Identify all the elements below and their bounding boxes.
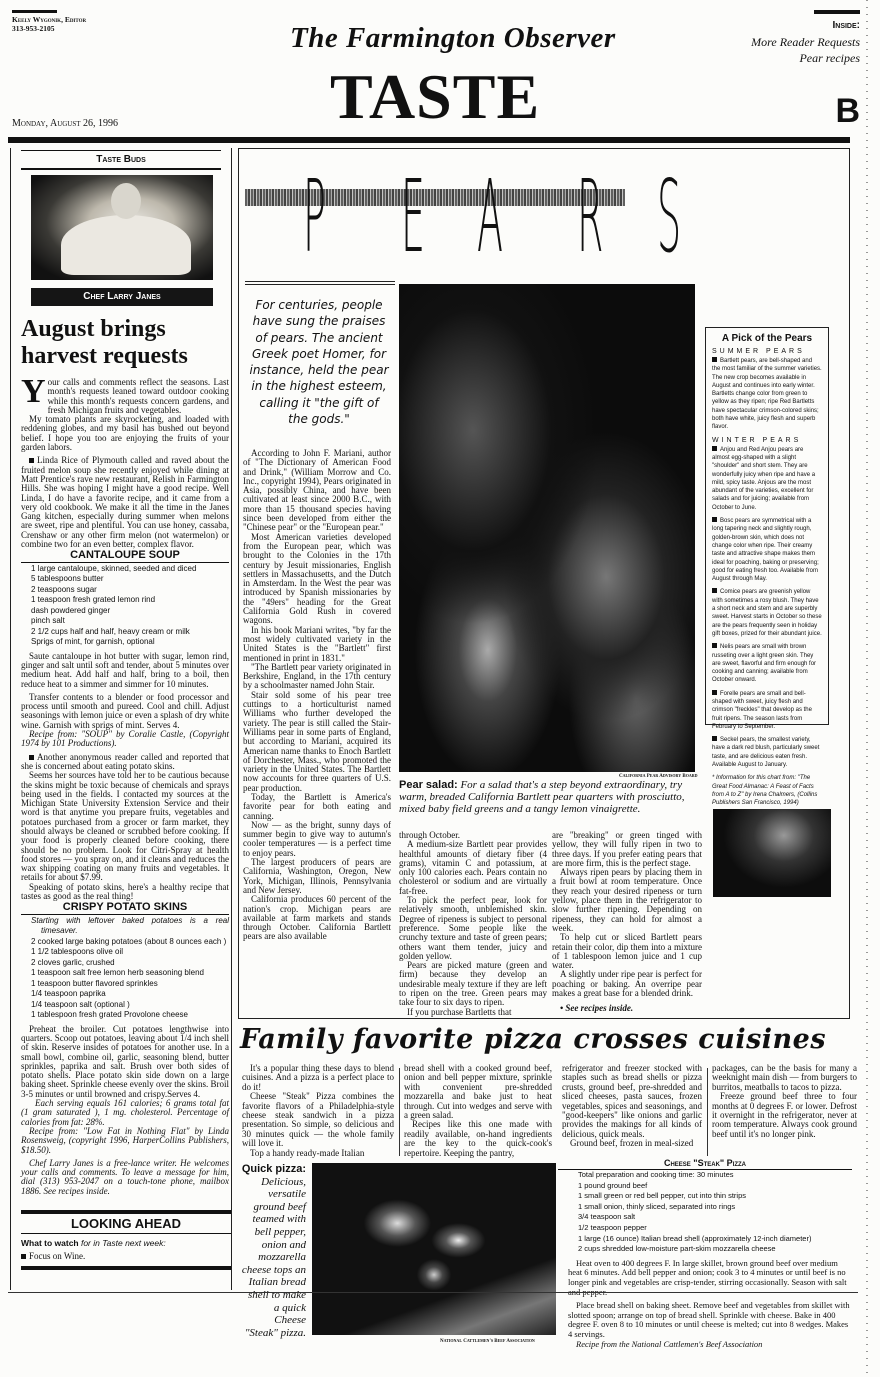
recipe-title: CANTALOUPE SOUP [21,551,229,562]
title-letter: R [577,167,603,267]
paragraph: According to John F. Mariani, author of … [243,449,391,533]
ingredient: Total preparation and cooking time: 30 m… [568,1170,852,1181]
ingredient: 2 1/2 cups half and half, heavy cream or… [21,627,229,638]
editor-bar [12,10,57,13]
paragraph: Top a handy ready-made Italian [242,1149,394,1158]
pizza-column-4: packages, can be the basis for many a we… [712,1064,857,1139]
paragraph: refrigerator and freezer stocked with st… [562,1064,702,1139]
pear-entry-text: Comice pears are greenish yellow with so… [712,589,822,636]
pear-salad-photo [399,284,695,772]
pizza-headline: Family favorite pizza crosses cuisines [240,1024,826,1055]
masthead-rule [8,137,850,143]
bullet-square-icon [29,458,34,463]
paragraph: A medium-size Bartlett pear provides hea… [399,840,547,896]
pear-entry: Forelle pears are small and bell-shaped … [712,690,822,731]
ingredient: 2 cloves garlic, crushed [21,958,229,969]
ingredient: 5 tablespoons butter [21,574,229,585]
drop-cap: Y [21,378,46,406]
ingredient: Sprigs of mint, for garnish, optional [21,637,229,648]
recipe-directions: Preheat the broiler. Cut potatoes length… [21,1025,229,1099]
pears-column-2: through October. A medium-size Bartlett … [399,831,547,1017]
paragraph: To pick the perfect pear, look for relat… [399,896,547,961]
column-divider [399,1068,400,1156]
bullet-square-icon [21,1254,26,1259]
looking-ahead-intro: What to watch for in Taste next week: [21,1238,231,1248]
paragraph: Cheese "Steak" Pizza combines the favori… [242,1092,394,1148]
pizza-column-3: refrigerator and freezer stocked with st… [562,1064,702,1149]
chart-source: * Information for this chart from: "The … [712,774,822,807]
bullet-square-icon [712,690,717,695]
nutrition-info: Each serving equals 161 calories; 6 gram… [21,1099,229,1127]
looking-ahead-box: LOOKING AHEAD What to watch for in Taste… [21,1210,231,1270]
paragraph: Pears are picked mature (green and firm)… [399,961,547,1007]
paragraph: To help cut or sliced Bartlett pears ret… [552,933,702,970]
article-headline: August brings harvest requests [21,316,231,370]
editor-name: Keely Wygonik, Editor [12,15,86,24]
ingredient: 1 small onion, thinly sliced, separated … [568,1202,852,1213]
bullet-square-icon [712,588,717,593]
looking-ahead-item: Focus on Wine. [21,1251,231,1261]
pick-of-pears-box: A Pick of the Pears SUMMER PEARS Bartlet… [705,327,829,725]
article-body: Your calls and comments reflect the seas… [21,378,229,1196]
paragraph: packages, can be the basis for many a we… [712,1064,857,1092]
bullet-square-icon [29,755,34,760]
pear-entry: Nelis pears are small with brown russeti… [712,643,822,684]
title-letter: E [401,167,425,267]
paragraph: My tomato plants are skyrocketing, and l… [21,415,229,452]
dateline: Monday, August 26, 1996 [12,118,118,129]
paragraph: In his book Mariani writes, "by far the … [243,626,391,663]
pear-entry: Anjou and Red Anjou pears are almost egg… [712,446,822,512]
chef-photo-figure [61,215,191,275]
pick-title: A Pick of the Pears [712,333,822,344]
cheese-steak-recipe: Cheese "Steak" Pizza Total preparation a… [568,1158,852,1349]
page-bottom-rule [8,1292,858,1293]
pear-entry-text: Bosc pears are symmetrical with a long t… [712,518,819,582]
ingredient: dash powdered ginger [21,606,229,617]
photo-caption: Pear salad: For a salad that's a step be… [399,779,704,815]
ingredient: 1 large (16 ounce) Italian bread shell (… [568,1234,852,1245]
inside-bar [814,10,860,14]
inside-teaser: Inside: More Reader Requests Pear recipe… [751,10,860,66]
ingredient: 2 teaspoons sugar [21,585,229,596]
pear-entry-text: Seckel pears, the smallest variety, have… [712,737,819,768]
section-title: TASTE [330,62,540,132]
ingredient: 1 teaspoon fresh grated lemon rind [21,595,229,606]
caption-text: Delicious, versatile ground beef teamed … [242,1176,306,1339]
paragraph: If you purchase Bartletts that [399,1008,547,1017]
winter-label: WINTER PEARS [712,437,822,444]
editor-credit: Keely Wygonik, Editor 313-953-2105 [12,10,86,33]
bullet-square-icon [712,357,717,362]
pizza-column-1: It's a popular thing these days to blend… [242,1064,394,1158]
paragraph: A slightly under ripe pear is perfect fo… [552,970,702,998]
pizza-column-2: bread shell with a cooked ground beef, o… [404,1064,552,1158]
title-letter: S [657,167,681,267]
pear-entry-text: Forelle pears are small and bell-shaped … [712,691,812,730]
paragraph: Stair sold some of his pear tree cutting… [243,691,391,793]
title-letter: P [303,167,326,267]
recipe-step: Place bread shell on baking sheet. Remov… [568,1301,852,1339]
pizza-photo-caption: Quick pizza: Delicious, versatile ground… [240,1163,306,1339]
ingredient: 2 cooked large baking potatoes (about 8 … [21,937,229,948]
bullet-square-icon [712,736,717,741]
pears-feature: P E A R S For centuries, people have sun… [238,148,850,1019]
pear-entry: Bartlett pears, are bell-shaped and the … [712,357,822,432]
recipe-step: Transfer contents to a blender or food p… [21,693,229,730]
photo-credit: National Cattlemen's Beef Association [440,1338,535,1344]
pizza-photo [312,1163,556,1335]
ingredient: 1/4 teaspoon paprika [21,989,229,1000]
inside-item: Pear recipes [751,50,860,66]
ingredient: 1 tablespoon fresh grated Provolone chee… [21,1010,229,1021]
paragraph: Ground beef, frozen in meal-sized [562,1139,702,1148]
column-divider [707,1068,708,1156]
ingredient: 2 cups shredded low-moisture part-skim m… [568,1244,852,1255]
editor-phone: 313-953-2105 [12,24,86,33]
pear-entry: Comice pears are greenish yellow with so… [712,588,822,638]
inside-label: Inside: [751,18,860,34]
paragraph: Speaking of potato skins, here's a healt… [21,883,229,902]
watch-label: What to watch [21,1238,79,1248]
paragraph: bread shell with a cooked ground beef, o… [404,1064,552,1120]
pears-column-3: are "breaking" or green tinged with yell… [552,831,702,1014]
recipe-source: Recipe from: "Low Fat in Nothing Flat" b… [21,1127,229,1155]
paragraph: Another anonymous reader called and repo… [21,752,229,771]
pear-entry-text: Bartlett pears, are bell-shaped and the … [712,358,822,430]
summer-label: SUMMER PEARS [712,348,822,355]
ingredient: 1 pound ground beef [568,1181,852,1192]
watch-rest: for in Taste next week: [79,1238,166,1248]
scan-edge-dots [866,0,868,1377]
paragraph: Today, the Bartlett is America's favorit… [243,793,391,821]
ingredient: 1 small green or red bell pepper, cut in… [568,1191,852,1202]
pear-photo-small [713,809,831,897]
pear-entry: Seckel pears, the smallest variety, have… [712,736,822,769]
author-bio: Chef Larry Janes is a free-lance writer.… [21,1159,229,1196]
ingredient: 1 1/2 tablespoons olive oil [21,947,229,958]
paragraph: The largest producers of pears are Calif… [243,858,391,895]
pear-entry-text: Anjou and Red Anjou pears are almost egg… [712,447,815,511]
paragraph: "The Bartlett pear variety originated in… [243,663,391,691]
ingredient: 1 teaspoon butter flavored sprinkles [21,979,229,990]
paragraph: our calls and comments reflect the seaso… [48,377,229,415]
paragraph: Now — as the bright, sunny days of summe… [243,821,391,858]
chef-photo [31,175,213,280]
recipe-title: CRISPY POTATO SKINS [21,903,229,914]
paragraph: Always ripen pears by placing them in a … [552,868,702,933]
see-recipes-link: • See recipes inside. [552,1004,702,1013]
newspaper-name: The Farmington Observer [290,22,616,55]
looking-ahead-title: LOOKING AHEAD [21,1214,231,1234]
pears-title: P E A R S [239,159,851,271]
ingredient: 1 large cantaloupe, skinned, seeded and … [21,564,229,575]
bullet-square-icon [712,446,717,451]
caption-lead: Quick pizza: [242,1163,306,1175]
bullet-square-icon [712,643,717,648]
ingredient: pinch salt [21,616,229,627]
paragraph: are "breaking" or green tinged with yell… [552,831,702,868]
title-letter: A [477,167,503,267]
ingredient: 1/4 teaspoon salt (optional ) [21,1000,229,1011]
pull-quote: For centuries, people have sung the prai… [249,297,389,427]
divider [21,1266,231,1270]
pear-entry-text: Nelis pears are small with brown russeti… [712,644,816,683]
recipe-step: Saute cantaloupe in hot butter with suga… [21,652,229,689]
recipe-note: Starting with leftover baked potatoes is… [21,916,229,937]
inside-item: More Reader Requests [751,34,860,50]
paragraph: It's a popular thing these days to blend… [242,1064,394,1092]
paragraph: Most American varieties developed from t… [243,533,391,626]
taste-buds-column: Taste Buds Chef Larry Janes August bring… [10,148,232,1290]
paragraph: Seems her sources have told her to be ca… [21,771,229,883]
paragraph: California produces 60 percent of the na… [243,895,391,941]
paragraph: Recipes like this one made with readily … [404,1120,552,1158]
paragraph: Freeze ground beef three to four months … [712,1092,857,1139]
pear-entry: Bosc pears are symmetrical with a long t… [712,517,822,583]
chef-photo-head [111,183,141,219]
ingredient: 1/2 teaspoon pepper [568,1223,852,1234]
title-texture-band [245,189,625,206]
section-letter: B [835,92,860,131]
bullet-square-icon [712,517,717,522]
pears-column-1: According to John F. Mariani, author of … [243,449,391,942]
chef-caption: Chef Larry Janes [31,288,213,306]
quote-rule [245,281,395,285]
caption-lead: Pear salad: [399,779,458,791]
column-header: Taste Buds [21,150,221,170]
item-text: Focus on Wine. [29,1251,85,1261]
ingredient: 1 teaspoon salt free lemon herb seasonin… [21,968,229,979]
recipe-source: Recipe from the National Cattlemen's Bee… [568,1340,852,1350]
ingredient: 3/4 teaspoon salt [568,1212,852,1223]
recipe-title: Cheese "Steak" Pizza [558,1158,852,1170]
paragraph: Linda Rice of Plymouth called and raved … [21,455,229,549]
recipe-source: Recipe from: "SOUP" by Coralie Castle, (… [21,730,229,749]
